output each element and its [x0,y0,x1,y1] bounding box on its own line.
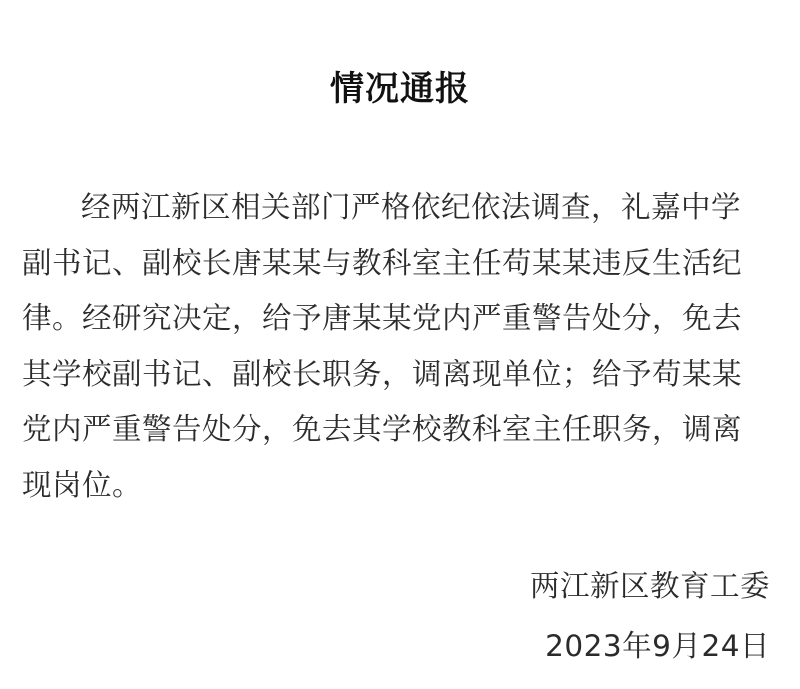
issue-date: 2023年9月24日 [530,616,770,676]
issuer-name: 两江新区教育工委 [530,556,770,616]
body-line: 党内严重警告处分，免去其学校教科室主任职务，调离 [22,402,774,458]
body-line: 副书记、副校长唐某某与教科室主任苟某某违反生活纪 [22,236,774,292]
document-body: 经两江新区相关部门严格依纪依法调查，礼嘉中学 副书记、副校长唐某某与教科室主任苟… [22,180,774,513]
body-line: 其学校副书记、副校长职务，调离现单位；给予苟某某 [22,347,774,403]
body-line: 律。经研究决定，给予唐某某党内严重警告处分，免去 [22,291,774,347]
body-line: 现岗位。 [22,458,774,514]
document-title: 情况通报 [0,66,800,112]
body-line: 经两江新区相关部门严格依纪依法调查，礼嘉中学 [22,180,774,236]
signature-block: 两江新区教育工委 2023年9月24日 [530,556,770,676]
